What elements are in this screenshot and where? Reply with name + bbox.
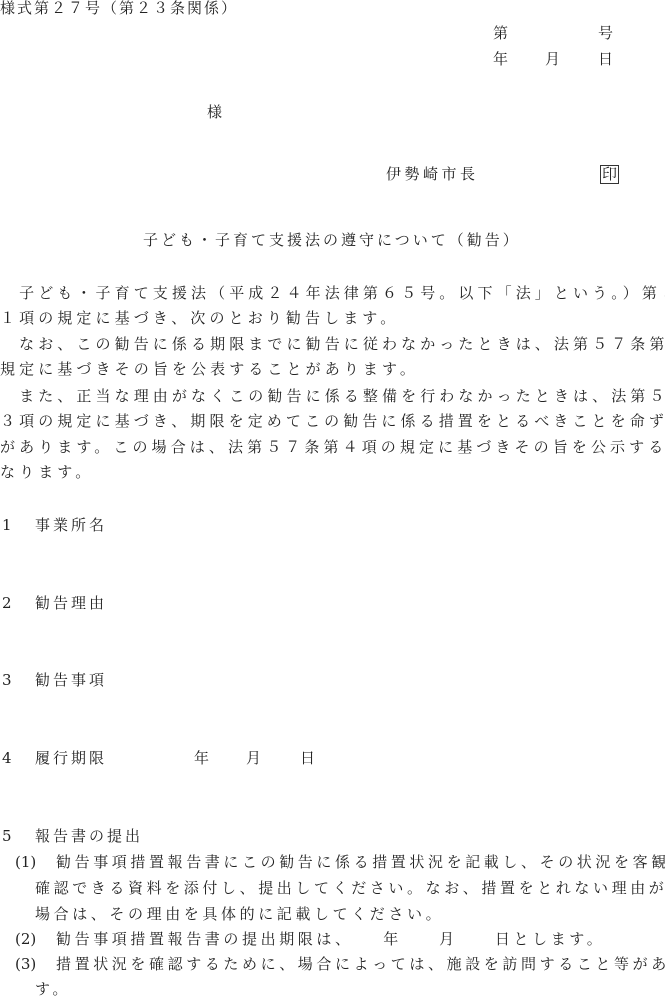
- item-number: (2): [15, 928, 36, 950]
- body-line: なります。: [0, 461, 94, 483]
- section-number: 2: [2, 592, 15, 614]
- date-day: 日: [598, 48, 616, 70]
- date-year: 年: [493, 48, 511, 70]
- form-number: 様式第２７号（第２３条関係）: [0, 0, 238, 19]
- item-line: 場合は、その理由を具体的に記載してください。: [35, 903, 444, 925]
- seal-mark: 印: [600, 163, 619, 185]
- body-line: があります。この場合は、法第５７条第４項の規定に基づきその旨を公示することと: [0, 436, 665, 458]
- section-label: 勧告事項: [35, 669, 107, 691]
- document-title: 子ども・子育て支援法の遵守について（勧告）: [143, 229, 521, 251]
- item-number: (3): [15, 953, 36, 975]
- section-label: 報告書の提出: [35, 825, 143, 847]
- section-number: 1: [2, 514, 15, 536]
- deadline-year: 年: [194, 747, 212, 769]
- deadline-day: 日: [300, 747, 318, 769]
- document-number-suffix: 号: [598, 22, 616, 44]
- body-line: また、正当な理由がなくこの勧告に係る整備を行わなかったときは、法第５７条第: [0, 385, 665, 407]
- section-label: 勧告理由: [35, 592, 107, 614]
- body-line: 子ども・子育て支援法（平成２４年法律第６５号。以下「法」という。）第５７条第: [0, 282, 665, 304]
- issuer-name: 伊勢崎市長: [386, 163, 479, 185]
- item-line: す。: [35, 978, 71, 997]
- item-line: 勧告事項措置報告書の提出期限は、 年 月 日とします。: [56, 928, 605, 950]
- body-line: なお、この勧告に係る期限までに勧告に従わなかったときは、法第５７条第２項の: [0, 333, 665, 355]
- section-number: 3: [2, 669, 15, 691]
- section-number: 5: [2, 825, 15, 847]
- addressee-suffix: 様: [207, 101, 225, 123]
- item-line: 確認できる資料を添付し、提出してください。なお、措置をとれない理由がある: [35, 877, 665, 899]
- seal-icon: 印: [600, 165, 619, 184]
- item-line: 勧告事項措置報告書にこの勧告に係る措置状況を記載し、その状況を客観的に: [56, 851, 665, 873]
- deadline-month: 月: [246, 747, 264, 769]
- body-line: ３項の規定に基づき、期限を定めてこの勧告に係る措置をとるべきことを命ずること: [0, 410, 665, 432]
- section-label: 事業所名: [35, 514, 107, 536]
- section-number: 4: [2, 747, 15, 769]
- body-line: １項の規定に基づき、次のとおり勧告します。: [0, 307, 399, 329]
- item-number: (1): [15, 851, 36, 873]
- document-number-prefix: 第: [493, 22, 511, 44]
- body-line: 規定に基づきその旨を公表することがあります。: [0, 358, 419, 380]
- date-month: 月: [545, 48, 563, 70]
- section-label: 履行期限: [35, 747, 107, 769]
- item-line: 措置状況を確認するために、場合によっては、施設を訪問すること等がありま: [56, 953, 665, 975]
